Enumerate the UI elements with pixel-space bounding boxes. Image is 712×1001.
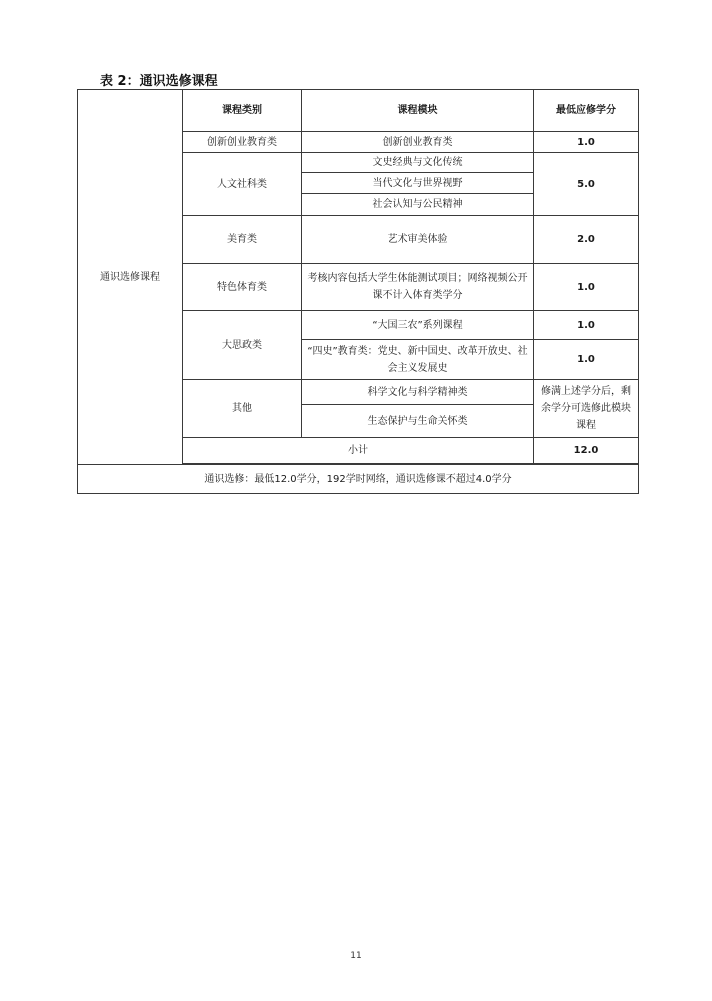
- table-header-row: 通识选修课程 课程类别 课程模块 最低应修学分: [78, 90, 639, 132]
- credits-cell: 2.0: [534, 216, 639, 264]
- table-caption: 表 2：通识选修课程: [100, 70, 218, 89]
- header-category: 课程类别: [183, 90, 302, 132]
- credits-cell: 1.0: [534, 132, 639, 153]
- category-cell: 其他: [183, 380, 302, 438]
- module-cell: 当代文化与世界视野: [302, 173, 534, 194]
- module-cell: 科学文化与科学精神类: [302, 380, 534, 405]
- header-module: 课程模块: [302, 90, 534, 132]
- module-cell: “四史”教育类：党史、新中国史、改革开放史、社会主义发展史: [302, 340, 534, 380]
- credits-note-cell: 修满上述学分后，剩余学分可选修此模块课程: [534, 380, 639, 438]
- module-cell: 生态保护与生命关怀类: [302, 405, 534, 438]
- group-label-cell: 通识选修课程: [78, 90, 183, 465]
- category-cell: 美育类: [183, 216, 302, 264]
- page-number: 11: [0, 951, 712, 961]
- credits-cell: 1.0: [534, 264, 639, 311]
- credits-cell: 5.0: [534, 153, 639, 216]
- module-cell: 创新创业教育类: [302, 132, 534, 153]
- module-cell: “大国三农”系列课程: [302, 311, 534, 340]
- credits-cell: 1.0: [534, 311, 639, 340]
- subtotal-label: 小计: [183, 438, 534, 464]
- header-credits: 最低应修学分: [534, 90, 639, 132]
- category-cell: 人文社科类: [183, 153, 302, 216]
- credits-cell: 1.0: [534, 340, 639, 380]
- module-cell: 文史经典与文化传统: [302, 153, 534, 173]
- elective-courses-table: 通识选修课程 课程类别 课程模块 最低应修学分 创新创业教育类 创新创业教育类 …: [77, 89, 639, 494]
- footer-row: 通识选修：最低12.0学分，192学时网络，通识选修课不超过4.0学分: [78, 465, 639, 494]
- group-label: 通识选修课程: [100, 272, 160, 283]
- subtotal-credits: 12.0: [534, 438, 639, 464]
- module-cell: 艺术审美体验: [302, 216, 534, 264]
- module-cell: 社会认知与公民精神: [302, 194, 534, 216]
- module-cell: 考核内容包括大学生体能测试项目；网络视频公开课不计入体育类学分: [302, 264, 534, 311]
- category-cell: 创新创业教育类: [183, 132, 302, 153]
- footer-note: 通识选修：最低12.0学分，192学时网络，通识选修课不超过4.0学分: [78, 465, 639, 494]
- category-cell: 特色体育类: [183, 264, 302, 311]
- category-cell: 大思政类: [183, 311, 302, 380]
